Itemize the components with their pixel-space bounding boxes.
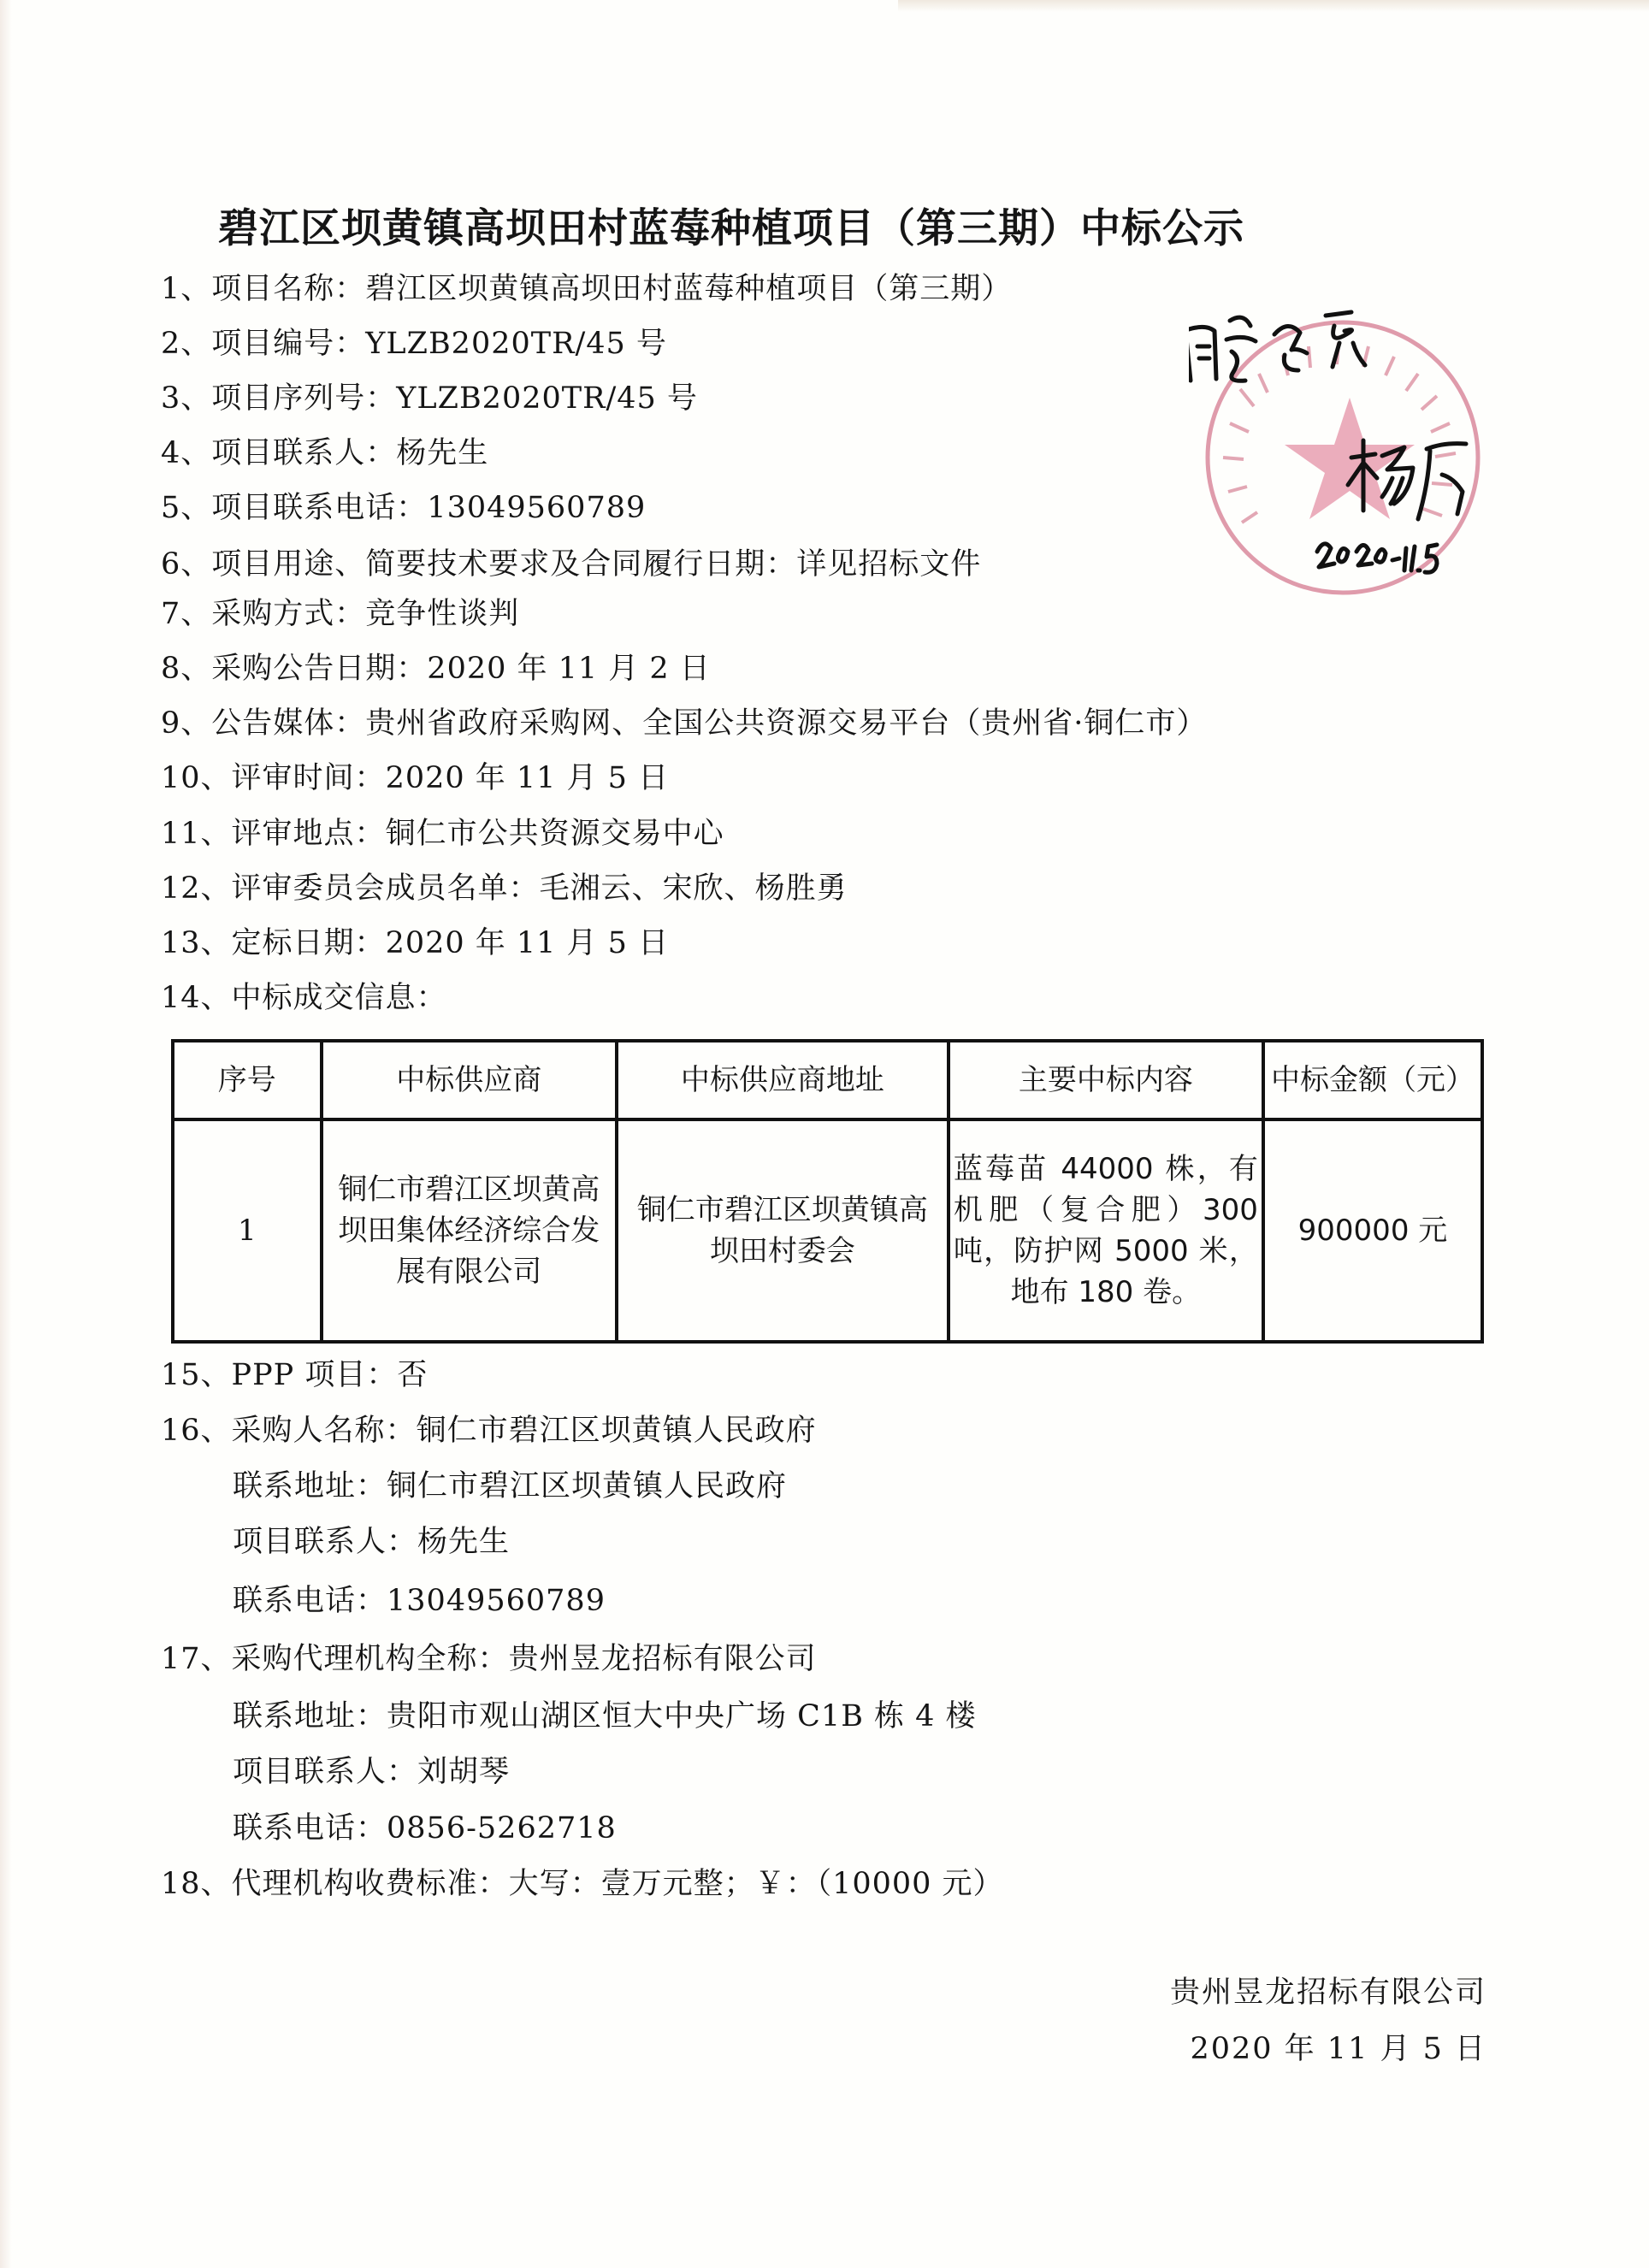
cell-index: 1: [173, 1119, 322, 1342]
purchaser-address: 联系地址：铜仁市碧江区坝黄镇人民政府: [233, 1469, 787, 1503]
cell-amount: 900000 元: [1263, 1119, 1482, 1342]
award-table: 序号 中标供应商 中标供应商地址 主要中标内容 中标金额（元） 1 铜仁市碧江区…: [171, 1039, 1484, 1344]
scan-top-noise: [898, 0, 1649, 12]
item-ppp: 15、PPP 项目：否: [161, 1358, 428, 1392]
agency-phone: 联系电话：0856-5262718: [233, 1811, 617, 1846]
signature-company: 贵州昱龙招标有限公司: [1170, 1969, 1486, 2011]
header-amount: 中标金额（元）: [1263, 1041, 1482, 1119]
item-review-committee: 12、评审委员会成员名单：毛湘云、宋欣、杨胜勇: [161, 871, 848, 906]
header-index: 序号: [173, 1041, 322, 1119]
item-project-contact: 4、项目联系人：杨先生: [161, 436, 488, 470]
item-project-usage: 6、项目用途、简要技术要求及合同履行日期：详见招标文件: [161, 547, 981, 582]
item-project-phone: 5、项目联系电话：13049560789: [161, 491, 646, 525]
header-supplier: 中标供应商: [322, 1041, 617, 1119]
item-agency-name: 17、采购代理机构全称：贵州昱龙招标有限公司: [161, 1642, 817, 1676]
cell-supplier: 铜仁市碧江区坝黄高坝田集体经济综合发展有限公司: [322, 1119, 617, 1342]
scan-edge-shadow: [0, 0, 12, 2268]
table-header-row: 序号 中标供应商 中标供应商地址 主要中标内容 中标金额（元）: [173, 1041, 1482, 1119]
agency-address: 联系地址：贵阳市观山湖区恒大中央广场 C1B 栋 4 楼: [233, 1699, 977, 1733]
cell-main-content: 蓝莓苗 44000 株，有机肥（复合肥）300 吨，防护网 5000 米，地布 …: [949, 1119, 1263, 1342]
item-purchaser-name: 16、采购人名称：铜仁市碧江区坝黄镇人民政府: [161, 1414, 817, 1448]
item-agency-fee: 18、代理机构收费标准：大写：壹万元整；￥：（10000 元）: [161, 1867, 1004, 1901]
item-project-code: 2、项目编号：YLZB2020TR/45 号: [161, 327, 667, 361]
item-award-info: 14、中标成交信息：: [161, 981, 447, 1015]
table-row: 1 铜仁市碧江区坝黄高坝田集体经济综合发展有限公司 铜仁市碧江区坝黄镇高坝田村委…: [173, 1119, 1482, 1342]
item-project-serial: 3、项目序列号：YLZB2020TR/45 号: [161, 381, 698, 416]
document-title: 碧江区坝黄镇高坝田村蓝莓种植项目（第三期）中标公示: [218, 197, 1416, 254]
purchaser-contact: 项目联系人：杨先生: [233, 1525, 510, 1559]
item-announcement-date: 8、采购公告日期：2020 年 11 月 2 日: [161, 652, 711, 686]
item-award-date: 13、定标日期：2020 年 11 月 5 日: [161, 926, 669, 960]
item-project-name: 1、项目名称：碧江区坝黄镇高坝田村蓝莓种植项目（第三期）: [161, 272, 1012, 306]
cell-supplier-address: 铜仁市碧江区坝黄镇高坝田村委会: [617, 1119, 949, 1342]
item-review-time: 10、评审时间：2020 年 11 月 5 日: [161, 761, 669, 795]
signature-date: 2020 年 11 月 5 日: [1190, 2025, 1486, 2068]
scanned-document-page: 碧江区坝黄镇高坝田村蓝莓种植项目（第三期）中标公示 1、项目名称：碧江区坝黄镇高…: [0, 0, 1649, 2268]
header-main-content: 主要中标内容: [949, 1041, 1263, 1119]
item-review-location: 11、评审地点：铜仁市公共资源交易中心: [161, 817, 724, 851]
purchaser-phone: 联系电话：13049560789: [233, 1584, 606, 1618]
item-media: 9、公告媒体：贵州省政府采购网、全国公共资源交易平台（贵州省·铜仁市）: [161, 706, 1207, 741]
item-procurement-method: 7、采购方式：竞争性谈判: [161, 597, 519, 631]
agency-contact: 项目联系人：刘胡琴: [233, 1755, 510, 1789]
official-seal-icon: [1189, 295, 1497, 603]
header-supplier-address: 中标供应商地址: [617, 1041, 949, 1119]
